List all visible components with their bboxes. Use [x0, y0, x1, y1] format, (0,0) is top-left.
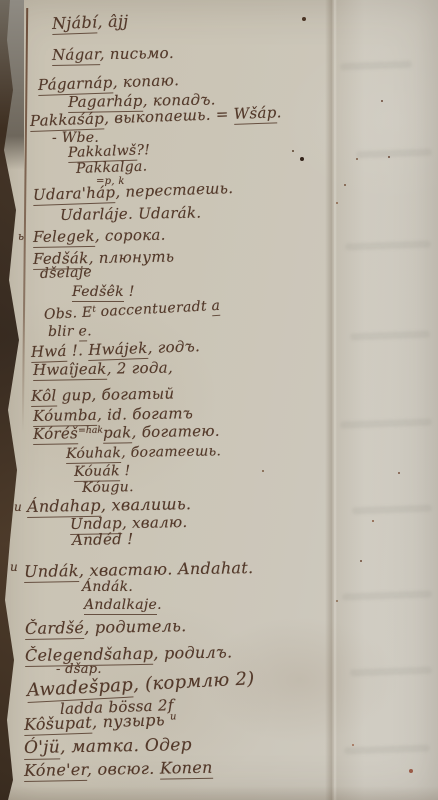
- gloss-text: , пузырь: [92, 710, 171, 732]
- headword-text: Felegek: [33, 227, 95, 248]
- gloss-text: - dšap.: [56, 662, 102, 677]
- margin-mark: u: [10, 560, 18, 574]
- headword-text: a: [211, 298, 221, 316]
- manuscript-line: Andéd !: [72, 530, 134, 549]
- manuscript-line: Kôšupat, пузырь u: [24, 710, 177, 734]
- gloss-text: , овсюг.: [87, 759, 160, 779]
- manuscript-line: Udarláje. Udarák.: [60, 204, 202, 224]
- headword-text: Hwá: [31, 342, 67, 363]
- margin-mark: ь: [18, 230, 24, 243]
- manuscript-line: Kóuhak, богатеешь.: [66, 443, 222, 462]
- manuscript-line: Čardšé, родитель.: [25, 616, 187, 638]
- headword-text: Pakkaśáp: [30, 109, 105, 131]
- gloss-text: oaccentueradt: [96, 298, 212, 320]
- gloss-text: , id. богатъ: [97, 404, 193, 424]
- manuscript-line: Felegek, сорока.: [33, 226, 166, 246]
- gloss-text: , родитель.: [84, 616, 187, 637]
- gloss-text: ?!: [136, 142, 150, 158]
- gloss-text: Kóugu.: [82, 479, 134, 496]
- gloss-text: .: [87, 323, 92, 339]
- headword-text: Hwaîjeak: [33, 360, 107, 381]
- manuscript-line: Njábí, âjj: [52, 11, 129, 33]
- manuscript-line: Hwá !. Hwájek, годъ.: [31, 337, 201, 361]
- headword-text: Fedšêk: [72, 284, 124, 302]
- headword-text: Kóne'er: [24, 760, 87, 782]
- manuscript-photo: Njábí, âjjNágar, письмо.Págarnáp, копаю.…: [0, 0, 438, 800]
- gloss-text: .: [276, 103, 282, 121]
- manuscript-line: Pakkalga.: [76, 159, 148, 177]
- manuscript-line: Undák, хвастаю. Andahat.: [24, 558, 254, 581]
- gloss-text: , богатею.: [131, 422, 220, 442]
- gloss-text: ь: [18, 230, 24, 243]
- headword-text: Ó'jü: [24, 737, 60, 759]
- headword-text: Udara'háp: [33, 183, 116, 205]
- headword-text: Kóuhak: [66, 445, 121, 463]
- manuscript-line: Ándák.: [82, 579, 133, 595]
- headword-text: Kóréš: [33, 424, 78, 444]
- gloss-text: , (кормлю 2): [133, 668, 256, 695]
- gloss-text: , выкопаешь. =: [104, 105, 234, 128]
- manuscript-line: - dšap.: [56, 662, 102, 677]
- gloss-text: , матка. Одер: [60, 735, 192, 757]
- manuscript-line: Obs. Et oaccentueradt a: [44, 298, 221, 323]
- gloss-text: , плюнуть: [88, 248, 174, 267]
- gloss-text: , родилъ.: [153, 642, 232, 662]
- gloss-text: , хвастаю. Andahat.: [79, 558, 254, 580]
- gloss-text: !: [124, 284, 135, 300]
- gloss-text: u: [14, 500, 22, 514]
- manuscript-line: Andalkaje.: [84, 597, 162, 613]
- manuscript-line: Udara'háp, перестаешь.: [33, 179, 234, 204]
- headword-text: Njábí: [52, 12, 98, 34]
- manuscript-line: blir e.: [48, 323, 92, 340]
- gloss-text: , 2 года,: [106, 359, 173, 378]
- headword-text: Čardšé: [25, 618, 85, 640]
- gloss-text: , âjj: [97, 11, 129, 31]
- headword-text: Kôl: [31, 387, 57, 407]
- gloss-text: gup, богатый: [56, 384, 174, 404]
- gloss-text: Ándák.: [82, 579, 133, 595]
- manuscript-line: Kóréš=hakpak, богатею.: [33, 422, 220, 443]
- manuscript-line: Kôl gup, богатый: [31, 384, 175, 405]
- gloss-text: , перестаешь.: [115, 179, 234, 201]
- gloss-text: !.: [66, 341, 88, 360]
- gloss-text: , хвалишь.: [101, 494, 192, 515]
- gloss-text: Obs. E: [44, 304, 93, 323]
- gloss-text: u: [10, 560, 18, 574]
- gloss-text: Udarláje. Udarák.: [60, 204, 202, 224]
- gloss-text: , богатеешь.: [121, 443, 221, 461]
- gloss-text: , годъ.: [147, 337, 200, 357]
- gloss-text: .: [157, 597, 162, 613]
- gloss-text: Andéd !: [72, 530, 134, 549]
- headword-text: Kôšupat: [24, 713, 93, 736]
- gloss-text: Pakkalga.: [76, 159, 148, 177]
- manuscript-line: Kóugu.: [82, 479, 134, 496]
- gloss-text: , письмо.: [99, 44, 174, 63]
- headword-text: Konen: [160, 758, 213, 779]
- headword-text: Hwájek: [88, 339, 148, 361]
- manuscript-line: Kóuák !: [74, 463, 131, 480]
- gloss-text: blir: [48, 323, 79, 340]
- superscript-note: =hak: [78, 425, 103, 436]
- gloss-text: !: [120, 463, 131, 479]
- headword-text: Andalkaje: [84, 597, 157, 615]
- handwriting-layer: Njábí, âjjNágar, письмо.Págarnáp, копаю.…: [0, 0, 438, 800]
- headword-text: pak: [103, 423, 132, 443]
- manuscript-line: Kóne'er, овсюг. Konen: [24, 758, 213, 780]
- manuscript-line: dšelaje: [40, 264, 93, 282]
- manuscript-line: Nágar, письмо.: [52, 44, 174, 64]
- gloss-text: , сорока.: [95, 226, 166, 245]
- manuscript-line: Fedšêk !: [72, 284, 135, 300]
- superscript-note: u: [170, 711, 177, 722]
- gloss-text: , копаю.: [112, 71, 179, 91]
- manuscript-line: Ó'jü, матка. Одер: [24, 735, 192, 758]
- headword-text: Wšáp: [233, 103, 277, 124]
- manuscript-line: Hwaîjeak, 2 года,: [33, 359, 173, 379]
- gloss-text: dšelaje: [40, 264, 93, 282]
- headword-text: Undák: [24, 561, 79, 582]
- margin-mark: u: [14, 500, 22, 514]
- headword-text: Nágar: [52, 45, 100, 65]
